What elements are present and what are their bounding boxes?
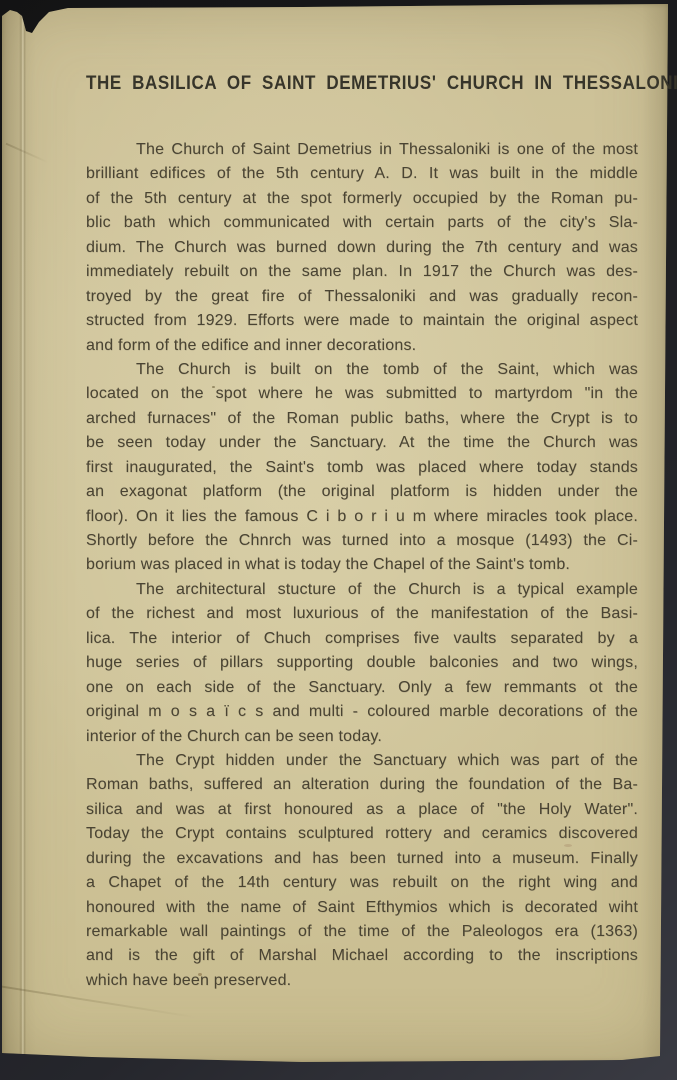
text-line: and is the gift of Marshal Michael accor… bbox=[86, 944, 638, 968]
document-title: THE BASILICA OF SAINT DEMETRIUS' CHURCH … bbox=[86, 72, 638, 94]
text-line: an exagonat platform (the original platf… bbox=[86, 480, 638, 504]
scan-background: { "document": { "title": "THE BASILICA O… bbox=[0, 0, 677, 1080]
text-line: The Church is built on the tomb of the S… bbox=[86, 358, 638, 382]
text-line: borium was placed in what is today the C… bbox=[86, 553, 638, 577]
text-line: The Church of Saint Demetrius in Thessal… bbox=[86, 138, 638, 162]
text-line: original m o s a ï c s and multi - colou… bbox=[86, 700, 638, 724]
text-line: first inaugurated, the Saint's tomb was … bbox=[86, 456, 638, 480]
text-line: structed from 1929. Efforts were made to… bbox=[86, 309, 638, 333]
text-line: The architectural stucture of the Church… bbox=[86, 578, 638, 602]
text-line: of the richest and most luxurious of the… bbox=[86, 602, 638, 626]
text-line: which have been preserved. bbox=[86, 969, 638, 993]
text-line: honoured with the name of Saint Efthymio… bbox=[86, 896, 638, 920]
text-line: a Chapet of the 14th century was rebuilt… bbox=[86, 871, 638, 895]
text-line: lica. The interior of Chuch comprises fi… bbox=[86, 627, 638, 651]
text-line: arched furnaces" of the Roman public bat… bbox=[86, 407, 638, 431]
paper-crease-mark bbox=[6, 143, 49, 164]
text-line: huge series of pillars supporting double… bbox=[86, 651, 638, 675]
text-line: be seen today under the Sanctuary. At th… bbox=[86, 431, 638, 455]
text-line: blic bath which communicated with certai… bbox=[86, 211, 638, 235]
text-line: dium. The Church was burned down during … bbox=[86, 236, 638, 260]
text-line: floor). On it lies the famous C i b o r … bbox=[86, 505, 638, 529]
text-line: remarkable wall paintings of the time of… bbox=[86, 920, 638, 944]
text-line: troyed by the great fire of Thessaloniki… bbox=[86, 285, 638, 309]
text-line: Shortly before the Chnrch was turned int… bbox=[86, 529, 638, 553]
text-line: immediately rebuilt on the same plan. In… bbox=[86, 260, 638, 284]
text-line: during the excavations and has been turn… bbox=[86, 847, 638, 871]
document-body: The Church of Saint Demetrius in Thessal… bbox=[86, 138, 638, 993]
text-line: located on the spot where he was submitt… bbox=[86, 382, 638, 406]
text-line: of the 5th century at the spot formerly … bbox=[86, 187, 638, 211]
paper-fold-crease bbox=[19, 4, 26, 1062]
text-line: Roman baths, suffered an alteration duri… bbox=[86, 773, 638, 797]
text-line: The Crypt hidden under the Sanctuary whi… bbox=[86, 749, 638, 773]
text-line: one on each side of the Sanctuary. Only … bbox=[86, 676, 638, 700]
text-line: and form of the edifice and inner decora… bbox=[86, 334, 638, 358]
text-line: interior of the Church can be seen today… bbox=[86, 725, 638, 749]
text-line: brilliant edifices of the 5th century A.… bbox=[86, 162, 638, 186]
text-line: silica and was at first honoured as a pl… bbox=[86, 798, 638, 822]
text-line: Today the Crypt contains sculptured rott… bbox=[86, 822, 638, 846]
